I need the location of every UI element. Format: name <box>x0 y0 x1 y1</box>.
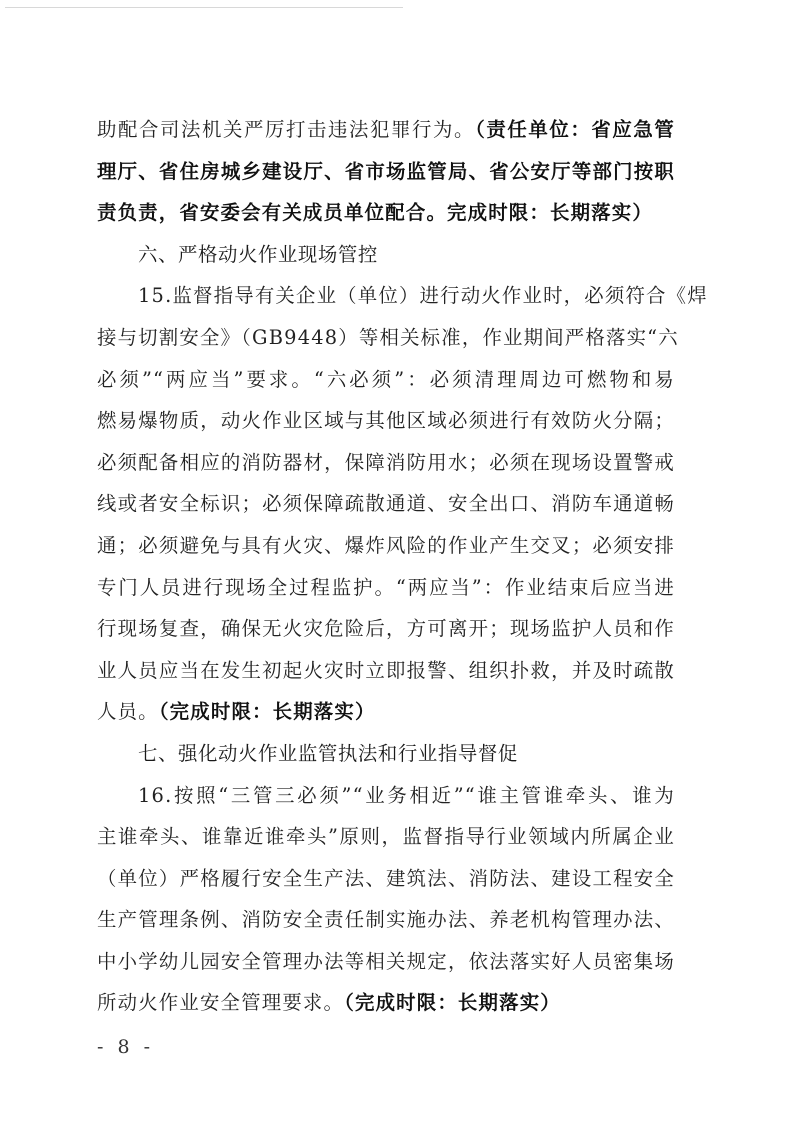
paragraph-line: 主谁牵头、谁靠近谁牵头”原则，监督指导行业领域内所属企业 <box>97 816 675 858</box>
item-number: 15. <box>138 284 172 307</box>
deadline-note: （完成时限：长期落实） <box>159 700 376 723</box>
paragraph-line: 线或者安全标识；必须保障疏散通道、安全出口、消防车通道畅 <box>97 483 675 525</box>
body-text: 监督指导有关企业（单位）进行动火作业时，必须符合《焊 <box>172 284 707 307</box>
scan-edge-line <box>5 7 403 8</box>
paragraph-line: 专门人员进行现场全过程监护。“两应当”：作业结束后应当进 <box>97 567 675 609</box>
paragraph-line: 接与切割安全》（GB9448）等相关标准，作业期间严格落实“六 <box>97 317 675 359</box>
paragraph-line: 中小学幼儿园安全管理办法等相关规定，依法落实好人员密集场 <box>97 941 675 983</box>
paragraph-line: 生产管理条例、消防安全责任制实施办法、养老机构管理办法、 <box>97 899 675 941</box>
paragraph-line: 必须配备相应的消防器材，保障消防用水；必须在现场设置警戒 <box>97 442 675 484</box>
paragraph-line: 15.监督指导有关企业（单位）进行动火作业时，必须符合《焊 <box>97 275 675 317</box>
paragraph-line: 责负责，省安委会有关成员单位配合。完成时限：长期落实） <box>97 192 675 234</box>
page-number: - 8 - <box>97 1036 154 1058</box>
paragraph-line: 人员。（完成时限：长期落实） <box>97 691 675 733</box>
paragraph-line: （单位）严格履行安全生产法、建筑法、消防法、建设工程安全 <box>97 858 675 900</box>
document-page: 助配合司法机关严厉打击违法犯罪行为。（责任单位：省应急管 理厅、省住房城乡建设厅… <box>97 109 675 1024</box>
paragraph-line: 行现场复查，确保无火灾危险后，方可离开；现场监护人员和作 <box>97 608 675 650</box>
deadline-note: （完成时限：长期落实） <box>344 991 561 1014</box>
paragraph-line: 通；必须避免与具有火灾、爆炸风险的作业产生交叉；必须安排 <box>97 525 675 567</box>
section-heading-6: 六、严格动火作业现场管控 <box>97 234 675 276</box>
paragraph-line: 必须”“两应当”要求。“六必须”：必须清理周边可燃物和易 <box>97 359 675 401</box>
paragraph-line: 16.按照“三管三必须”“业务相近”“谁主管谁牵头、谁为 <box>97 775 675 817</box>
responsibility-note: （责任单位：省应急管 <box>475 118 675 141</box>
paragraph-line: 业人员应当在发生初起火灾时立即报警、组织扑救，并及时疏散 <box>97 650 675 692</box>
item-number: 16. <box>138 784 172 807</box>
section-heading-7: 七、强化动火作业监管执法和行业指导督促 <box>97 733 675 775</box>
body-text: 助配合司法机关严厉打击违法犯罪行为。 <box>97 118 475 141</box>
paragraph-line: 理厅、省住房城乡建设厅、省市场监管局、省公安厅等部门按职 <box>97 151 675 193</box>
paragraph-line: 助配合司法机关严厉打击违法犯罪行为。（责任单位：省应急管 <box>97 109 675 151</box>
body-text: 所动火作业安全管理要求。 <box>97 991 344 1014</box>
body-text: 按照“三管三必须”“业务相近”“谁主管谁牵头、谁为 <box>172 784 675 807</box>
body-text: 人员。 <box>97 700 159 723</box>
paragraph-line: 所动火作业安全管理要求。（完成时限：长期落实） <box>97 982 675 1024</box>
paragraph-line: 燃易爆物质，动火作业区域与其他区域必须进行有效防火分隔； <box>97 400 675 442</box>
